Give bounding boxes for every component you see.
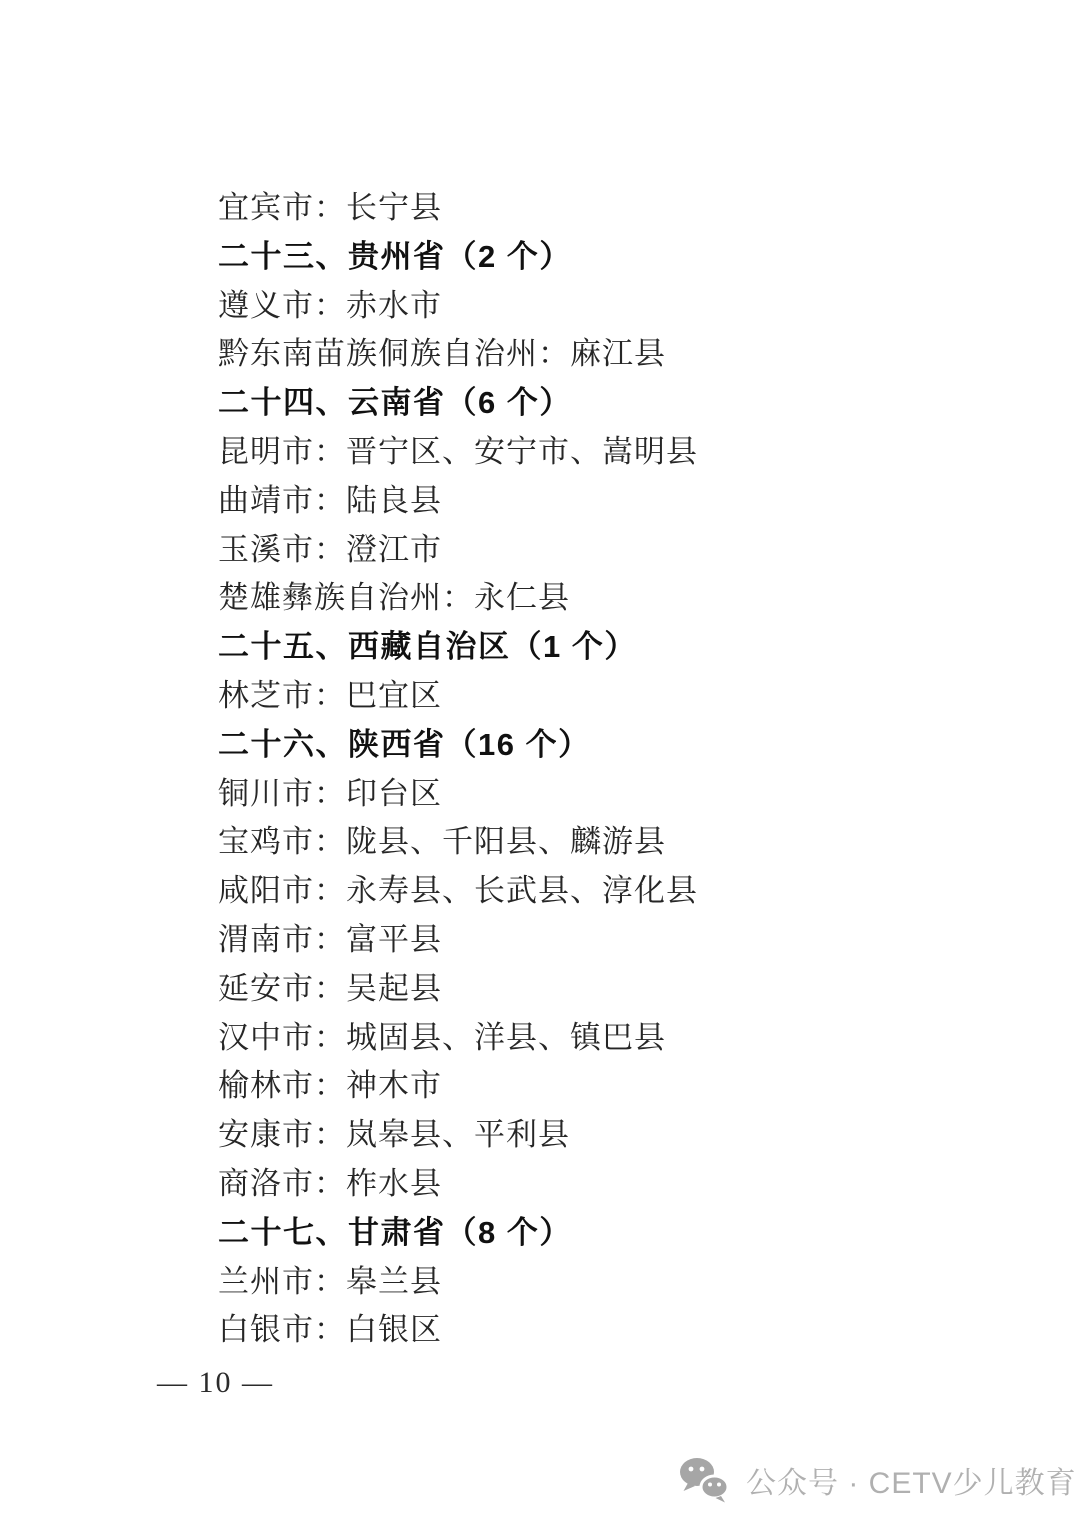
document-line: 延安市：吴起县: [218, 965, 998, 1014]
section-heading: 二十三、贵州省（2 个）: [218, 233, 998, 282]
document-line: 铜川市：印台区: [218, 770, 998, 819]
document-line: 宝鸡市：陇县、千阳县、麟游县: [218, 818, 998, 867]
document-line: 林芝市：巴宜区: [218, 672, 998, 721]
page-number: — 10 —: [157, 1366, 274, 1400]
document-line: 商洛市：柞水县: [218, 1160, 998, 1209]
document-line: 遵义市：赤水市: [218, 282, 998, 331]
document-line: 兰州市：皋兰县: [218, 1258, 998, 1307]
document-line: 宜宾市：长宁县: [218, 184, 998, 233]
document-line: 榆林市：神木市: [218, 1062, 998, 1111]
section-heading: 二十六、陕西省（16 个）: [218, 721, 998, 770]
wechat-icon: [676, 1456, 732, 1504]
watermark-text: 公众号 · CETV少儿教育: [746, 1458, 1077, 1502]
section-heading: 二十四、云南省（6 个）: [218, 379, 998, 428]
document-line: 昆明市：晋宁区、安宁市、嵩明县: [218, 428, 998, 477]
document-line: 安康市：岚皋县、平利县: [218, 1111, 998, 1160]
section-heading: 二十七、甘肃省（8 个）: [218, 1209, 998, 1258]
document-line: 玉溪市：澄江市: [218, 526, 998, 575]
document-page: 宜宾市：长宁县二十三、贵州省（2 个）遵义市：赤水市黔东南苗族侗族自治州：麻江县…: [0, 0, 1080, 1527]
document-line: 汉中市：城固县、洋县、镇巴县: [218, 1014, 998, 1063]
document-line: 白银市：白银区: [218, 1306, 998, 1355]
document-line: 曲靖市：陆良县: [218, 477, 998, 526]
document-line: 黔东南苗族侗族自治州：麻江县: [218, 330, 998, 379]
document-lines: 宜宾市：长宁县二十三、贵州省（2 个）遵义市：赤水市黔东南苗族侗族自治州：麻江县…: [218, 184, 998, 1355]
wechat-watermark: 公众号 · CETV少儿教育: [676, 1456, 1077, 1504]
section-heading: 二十五、西藏自治区（1 个）: [218, 623, 998, 672]
document-line: 咸阳市：永寿县、长武县、淳化县: [218, 867, 998, 916]
document-line: 楚雄彝族自治州：永仁县: [218, 574, 998, 623]
document-line: 渭南市：富平县: [218, 916, 998, 965]
